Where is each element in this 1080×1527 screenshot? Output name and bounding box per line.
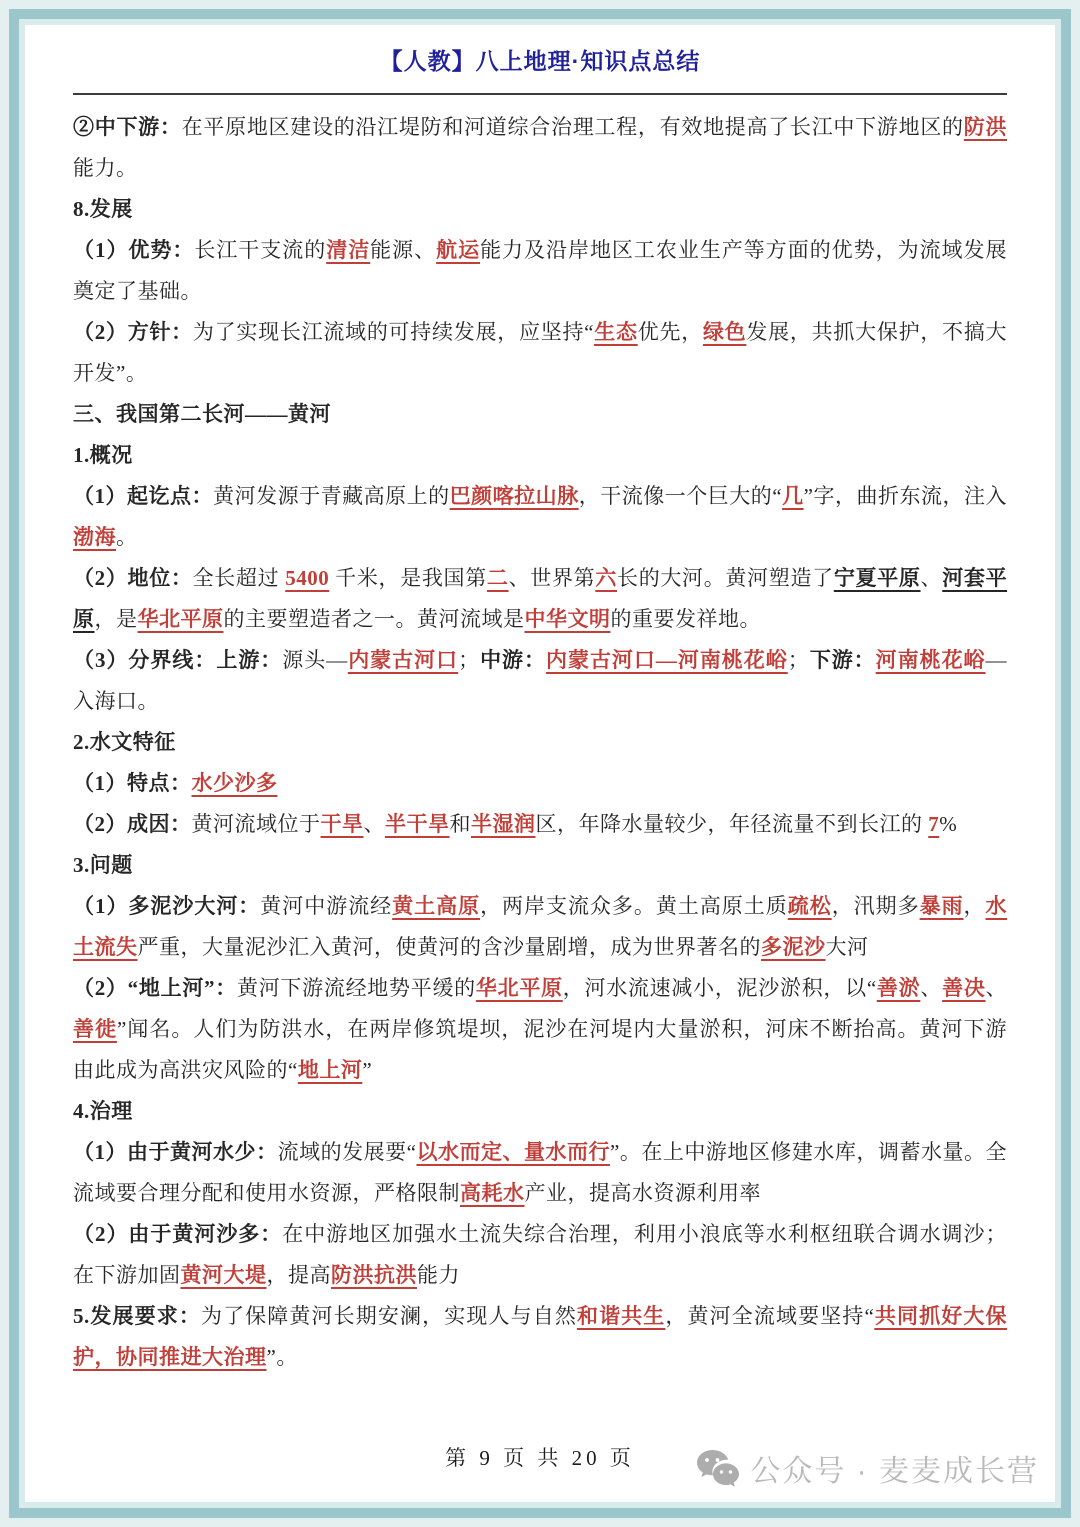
text-segment: 能源、 bbox=[370, 238, 436, 262]
highlight-term: 六 bbox=[595, 566, 617, 590]
text-segment: 4.治理 bbox=[73, 1099, 133, 1123]
watermark-label: 公众号 · 麦麦成长营 bbox=[750, 1446, 1039, 1490]
text-segment: 下游： bbox=[809, 648, 875, 672]
text-segment: 能力。 bbox=[73, 156, 138, 180]
text-segment: （1）优势： bbox=[73, 238, 194, 262]
text-segment: ”。 bbox=[267, 1345, 298, 1369]
text-segment: ”闻名。人们为防洪水，在两岸修筑堤坝，泥沙在河堤内大量淤积，河床不断抬高。黄河下… bbox=[73, 1017, 1007, 1082]
wechat-icon bbox=[696, 1448, 740, 1488]
text-segment: 三、我国第二长河——黄河 bbox=[73, 402, 331, 426]
highlight-term: 多泥沙 bbox=[761, 935, 826, 959]
text-segment: 流域的发展要“ bbox=[278, 1140, 417, 1164]
highlight-term: 二 bbox=[487, 566, 509, 590]
text-segment: 为了实现长江流域的可持续发展，应坚持“ bbox=[193, 320, 594, 344]
highlight-term: 7 bbox=[928, 812, 939, 836]
text-segment: 在平原地区建设的沿江堤防和河道综合治理工程，有效地提高了长江中下游地区的 bbox=[182, 115, 964, 139]
text-segment: 上游： bbox=[216, 648, 282, 672]
highlight-term: 内蒙古河口—河南桃花峪 bbox=[546, 648, 788, 672]
watermark: 公众号 · 麦麦成长营 bbox=[696, 1446, 1039, 1490]
text-segment: （1）起讫点： bbox=[73, 484, 213, 508]
highlight-term: 暴雨 bbox=[920, 894, 964, 918]
highlight-term: 河南桃花峪 bbox=[876, 648, 986, 672]
text-segment: ； bbox=[458, 648, 480, 672]
text-segment: （1）特点： bbox=[73, 771, 192, 795]
text-segment: 5.发展要求： bbox=[73, 1304, 201, 1328]
text-segment: （3）分界线： bbox=[73, 648, 216, 672]
paragraph: 2.水文特征 bbox=[73, 722, 1007, 763]
text-segment: 优先， bbox=[638, 320, 703, 344]
paragraph: 三、我国第二长河——黄河 bbox=[73, 394, 1007, 435]
paragraph: （1）由于黄河水少：流域的发展要“以水而定、量水而行”。在上中游地区修建水库，调… bbox=[73, 1132, 1007, 1214]
highlight-term: 黄河大堤 bbox=[181, 1263, 267, 1287]
text-segment: 、 bbox=[921, 566, 943, 590]
text-segment: 1.概况 bbox=[73, 443, 133, 467]
highlight-term: 内蒙古河口 bbox=[348, 648, 458, 672]
text-segment: ” bbox=[362, 1058, 372, 1082]
paragraph: （2）成因：黄河流域位于干旱、半干旱和半湿润区，年降水量较少，年径流量不到长江的… bbox=[73, 804, 1007, 845]
text-segment: ； bbox=[788, 648, 810, 672]
paragraph: （1）起讫点：黄河发源于青藏高原上的巴颜喀拉山脉，干流像一个巨大的“几”字，曲折… bbox=[73, 476, 1007, 558]
highlight-term: 华北平原 bbox=[138, 607, 224, 631]
highlight-term: 疏松 bbox=[788, 894, 832, 918]
text-segment: 长江干支流的 bbox=[194, 238, 326, 262]
document-body: ②中下游：在平原地区建设的沿江堤防和河道综合治理工程，有效地提高了长江中下游地区… bbox=[73, 107, 1007, 1378]
text-segment: （1）由于黄河水少： bbox=[73, 1140, 278, 1164]
paragraph: （2）由于黄河沙多：在中游地区加强水土流失综合治理，利用小浪底等水利枢纽联合调水… bbox=[73, 1214, 1007, 1296]
text-segment: 和 bbox=[450, 812, 472, 836]
page-title: 【人教】八上地理·知识点总结 bbox=[73, 43, 1007, 76]
text-segment: 。 bbox=[116, 525, 138, 549]
text-segment: 大河 bbox=[826, 935, 869, 959]
text-segment: ，是 bbox=[95, 607, 138, 631]
highlight-term: 半湿润 bbox=[471, 812, 536, 836]
text-segment: ，提高 bbox=[267, 1263, 332, 1287]
text-segment: 长的大河。黄河塑造了 bbox=[617, 566, 834, 590]
text-segment: （2）“地上河”： bbox=[73, 976, 237, 1000]
highlight-term: 半干旱 bbox=[385, 812, 450, 836]
paragraph: （2）“地上河”：黄河下游流经地势平缓的华北平原，河水流速减小，泥沙淤积，以“善… bbox=[73, 968, 1007, 1091]
highlight-term: 和谐共生 bbox=[577, 1304, 665, 1328]
document-page: 【人教】八上地理·知识点总结 ②中下游：在平原地区建设的沿江堤防和河道综合治理工… bbox=[19, 19, 1061, 1508]
text-segment: 能力 bbox=[417, 1263, 460, 1287]
highlight-term: 华北平原 bbox=[476, 976, 563, 1000]
text-segment: （1）多泥沙大河： bbox=[73, 894, 260, 918]
highlight-term: 清洁 bbox=[326, 238, 370, 262]
highlight-term: 防洪 bbox=[964, 115, 1007, 139]
paragraph: （1）优势：长江干支流的清洁能源、航运能力及沿岸地区工农业生产等方面的优势，为流… bbox=[73, 230, 1007, 312]
highlight-term: 航运 bbox=[436, 238, 480, 262]
text-segment: ②中下游： bbox=[73, 115, 182, 139]
text-segment: ， bbox=[964, 894, 986, 918]
text-segment: 的重要发祥地。 bbox=[611, 607, 762, 631]
highlight-term: 干旱 bbox=[321, 812, 364, 836]
text-segment: % bbox=[939, 812, 957, 836]
text-segment: 、 bbox=[920, 976, 942, 1000]
highlight-term: 5400 bbox=[285, 566, 329, 590]
paragraph: 4.治理 bbox=[73, 1091, 1007, 1132]
page-canvas: 【人教】八上地理·知识点总结 ②中下游：在平原地区建设的沿江堤防和河道综合治理工… bbox=[0, 0, 1080, 1527]
text-segment: 全长超过 bbox=[193, 566, 286, 590]
text-segment: 、 bbox=[364, 812, 386, 836]
text-segment: （2）地位： bbox=[73, 566, 193, 590]
highlight-term: 中华文明 bbox=[525, 607, 611, 631]
highlight-term: 善徙 bbox=[73, 1017, 117, 1041]
highlight-term: 水少沙多 bbox=[192, 771, 278, 795]
teal-frame: 【人教】八上地理·知识点总结 ②中下游：在平原地区建设的沿江堤防和河道综合治理工… bbox=[9, 9, 1071, 1518]
text-segment: 2.水文特征 bbox=[73, 730, 176, 754]
highlight-term: 黄土高原 bbox=[392, 894, 480, 918]
text-segment: 中游： bbox=[480, 648, 546, 672]
highlight-term: 以水而定、量水而行 bbox=[416, 1140, 610, 1164]
text-segment: 黄河中游流经 bbox=[260, 894, 392, 918]
text-segment: ，河水流速减小，泥沙淤积，以“ bbox=[563, 976, 877, 1000]
highlight-term: 宁夏平原 bbox=[834, 566, 921, 590]
text-segment: ，汛期多 bbox=[832, 894, 920, 918]
highlight-term: 绿色 bbox=[703, 320, 746, 344]
text-segment: 3.问题 bbox=[73, 853, 133, 877]
highlight-term: 高耗水 bbox=[460, 1181, 525, 1205]
highlight-term: 渤海 bbox=[73, 525, 116, 549]
highlight-term: 防洪抗洪 bbox=[331, 1263, 417, 1287]
text-segment: 、 bbox=[986, 976, 1008, 1000]
text-segment: （2）方针： bbox=[73, 320, 193, 344]
text-segment: 黄河下游流经地势平缓的 bbox=[237, 976, 476, 1000]
text-segment: （2）成因： bbox=[73, 812, 192, 836]
highlight-term: 几 bbox=[782, 484, 804, 508]
text-segment: 为了保障黄河长期安澜，实现人与自然 bbox=[201, 1304, 577, 1328]
text-segment: ”字，曲折东流，注入 bbox=[804, 484, 1007, 508]
text-segment: ，干流像一个巨大的“ bbox=[579, 484, 782, 508]
paragraph: 3.问题 bbox=[73, 845, 1007, 886]
paragraph: （3）分界线：上游：源头—内蒙古河口；中游：内蒙古河口—河南桃花峪；下游：河南桃… bbox=[73, 640, 1007, 722]
highlight-term: 善淤 bbox=[877, 976, 921, 1000]
highlight-term: 善决 bbox=[942, 976, 985, 1000]
paragraph: 5.发展要求：为了保障黄河长期安澜，实现人与自然和谐共生，黄河全流域要坚持“共同… bbox=[73, 1296, 1007, 1378]
text-segment: 黄河流域位于 bbox=[192, 812, 321, 836]
text-segment: 8.发展 bbox=[73, 197, 133, 221]
text-segment: （2）由于黄河沙多： bbox=[73, 1222, 282, 1246]
highlight-term: 地上河 bbox=[298, 1058, 363, 1082]
text-segment: 产业，提高水资源利用率 bbox=[525, 1181, 762, 1205]
text-segment: 的主要塑造者之一。黄河流域是 bbox=[224, 607, 525, 631]
text-segment: 、世界第 bbox=[509, 566, 596, 590]
text-segment: ，两岸支流众多。黄土高原土质 bbox=[480, 894, 788, 918]
paragraph: 1.概况 bbox=[73, 435, 1007, 476]
text-segment: 区，年降水量较少，年径流量不到长江的 bbox=[536, 812, 929, 836]
paragraph: （2）方针：为了实现长江流域的可持续发展，应坚持“生态优先，绿色发展，共抓大保护… bbox=[73, 312, 1007, 394]
header-divider bbox=[73, 93, 1007, 95]
highlight-term: 巴颜喀拉山脉 bbox=[450, 484, 579, 508]
paragraph: ②中下游：在平原地区建设的沿江堤防和河道综合治理工程，有效地提高了长江中下游地区… bbox=[73, 107, 1007, 189]
paragraph: （1）特点：水少沙多 bbox=[73, 763, 1007, 804]
highlight-term: 生态 bbox=[594, 320, 638, 344]
text-segment: 黄河发源于青藏高原上的 bbox=[213, 484, 450, 508]
text-segment: 严重，大量泥沙汇入黄河，使黄河的含沙量剧增，成为世界著名的 bbox=[138, 935, 762, 959]
text-segment: 源头— bbox=[282, 648, 347, 672]
paragraph: （2）地位：全长超过 5400 千米，是我国第二、世界第六长的大河。黄河塑造了宁… bbox=[73, 558, 1007, 640]
text-segment: 千米，是我国第 bbox=[329, 566, 487, 590]
text-segment: ，黄河全流域要坚持“ bbox=[665, 1304, 874, 1328]
paragraph: 8.发展 bbox=[73, 189, 1007, 230]
paragraph: （1）多泥沙大河：黄河中游流经黄土高原，两岸支流众多。黄土高原土质疏松，汛期多暴… bbox=[73, 886, 1007, 968]
